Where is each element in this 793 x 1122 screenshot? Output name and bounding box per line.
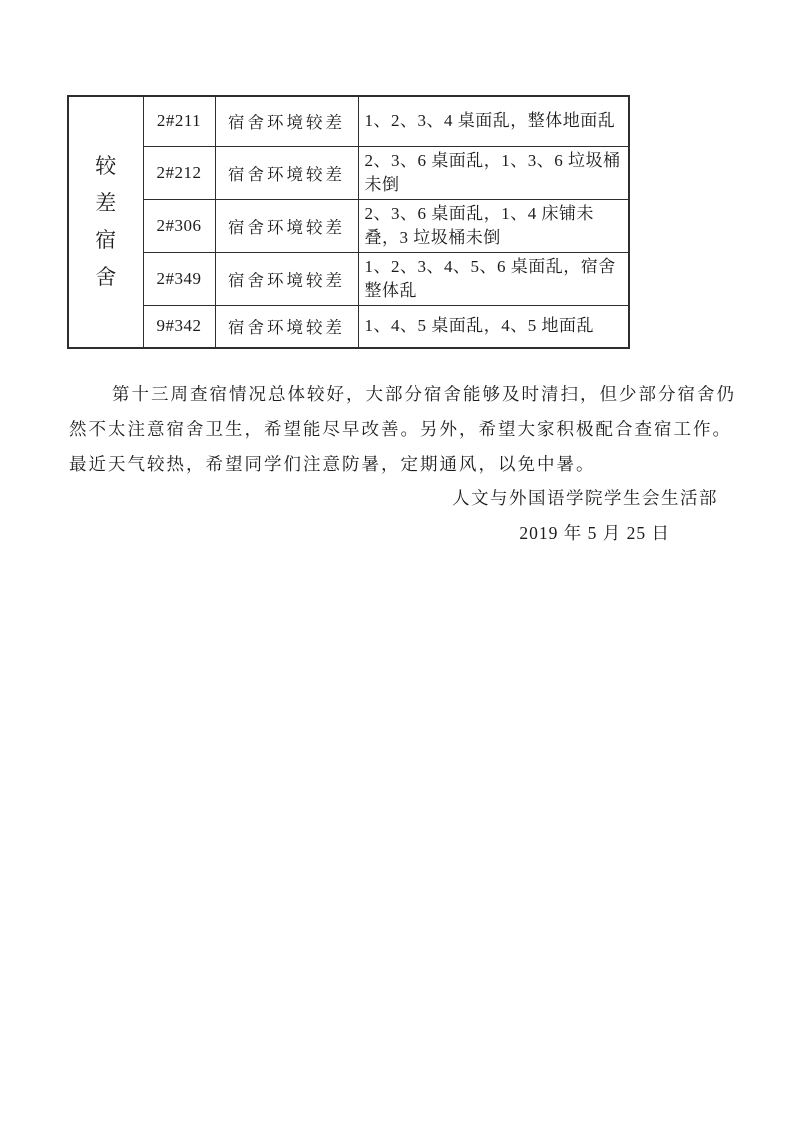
paragraph-line: 第十三周查宿情况总体较好，大部分宿舍能够及时清扫，但少部分宿舍仍 [69,377,737,412]
dorm-inspection-table: 较 差 宿 舍 2#211 宿舍环境较差 1、2、3、4 桌面乱，整体地面乱 2… [67,95,630,349]
room-number-cell: 2#349 [143,252,215,305]
paragraph-line: 最近天气较热，希望同学们注意防暑，定期通风，以免中暑。 [69,447,737,482]
room-number-cell: 2#306 [143,199,215,252]
paragraph-line: 然不太注意宿舍卫生，希望能尽早改善。另外，希望大家积极配合查宿工作。 [69,412,737,447]
group-label-char: 较 [69,148,143,185]
table-row: 2#212 宿舍环境较差 2、3、6 桌面乱，1、3、6 垃圾桶未倒 [68,146,629,199]
room-number-cell: 9#342 [143,305,215,348]
table-row: 较 差 宿 舍 2#211 宿舍环境较差 1、2、3、4 桌面乱，整体地面乱 [68,96,629,146]
summary-paragraph: 第十三周查宿情况总体较好，大部分宿舍能够及时清扫，但少部分宿舍仍 然不太注意宿舍… [69,377,737,482]
remark-cell: 1、4、5 桌面乱，4、5 地面乱 [358,305,629,348]
status-cell: 宿舍环境较差 [215,146,358,199]
room-number-cell: 2#211 [143,96,215,146]
signature-line: 人文与外国语学院学生会生活部 [452,488,718,508]
status-cell: 宿舍环境较差 [215,199,358,252]
group-label-char: 差 [69,185,143,222]
status-cell: 宿舍环境较差 [215,305,358,348]
status-cell: 宿舍环境较差 [215,96,358,146]
group-label-char: 舍 [69,259,143,296]
group-header-cell: 较 差 宿 舍 [68,96,143,348]
table-row: 2#306 宿舍环境较差 2、3、6 桌面乱，1、4 床铺未叠，3 垃圾桶未倒 [68,199,629,252]
remark-cell: 2、3、6 桌面乱，1、3、6 垃圾桶未倒 [358,146,629,199]
date-line: 2019 年 5 月 25 日 [519,523,670,543]
group-label-char: 宿 [69,222,143,259]
table-row: 2#349 宿舍环境较差 1、2、3、4、5、6 桌面乱，宿舍整体乱 [68,252,629,305]
remark-cell: 1、2、3、4 桌面乱，整体地面乱 [358,96,629,146]
status-cell: 宿舍环境较差 [215,252,358,305]
remark-cell: 1、2、3、4、5、6 桌面乱，宿舍整体乱 [358,252,629,305]
room-number-cell: 2#212 [143,146,215,199]
document-page: 较 差 宿 舍 2#211 宿舍环境较差 1、2、3、4 桌面乱，整体地面乱 2… [0,0,793,1122]
remark-cell: 2、3、6 桌面乱，1、4 床铺未叠，3 垃圾桶未倒 [358,199,629,252]
table-row: 9#342 宿舍环境较差 1、4、5 桌面乱，4、5 地面乱 [68,305,629,348]
